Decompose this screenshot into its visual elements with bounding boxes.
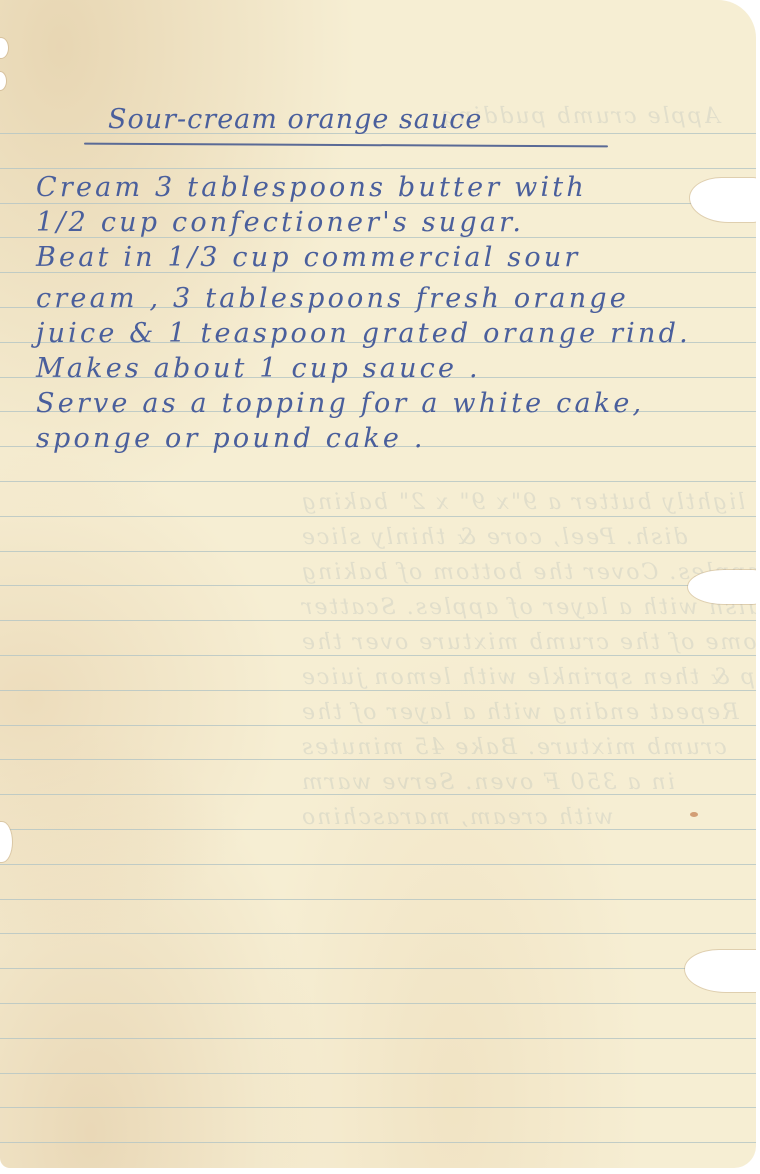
- bleed-through-text: crumb mixture. Bake 45 minutes: [300, 735, 727, 760]
- ruled-line: [0, 620, 756, 621]
- ruled-line: [0, 1003, 756, 1004]
- ruled-line: [0, 1038, 756, 1039]
- ruled-line: [0, 1107, 756, 1108]
- recipe-line: Makes about 1 cup sauce .: [36, 353, 481, 384]
- ruled-line: [0, 551, 756, 552]
- bleed-through-text: some of the crumb mixture over the: [300, 630, 756, 655]
- ruled-line: [0, 168, 756, 169]
- recipe-line: Serve as a topping for a white cake,: [36, 388, 644, 419]
- bleed-through-text: Repeat ending with a layer of the: [300, 700, 739, 725]
- ruled-line: [0, 968, 756, 969]
- bleed-through-text: in a 350 F oven. Serve warm: [300, 770, 675, 795]
- notebook-page: Apple crumb pudding lightly butter a 9"x…: [0, 0, 756, 1168]
- recipe-line: juice & 1 teaspoon grated orange rind.: [36, 318, 691, 349]
- ruled-line: [0, 899, 756, 900]
- recipe-line: 1/2 cup confectioner's sugar.: [36, 207, 524, 238]
- recipe-line: Beat in 1/3 cup commercial sour: [36, 242, 581, 273]
- ruled-line: [0, 690, 756, 691]
- ruled-line: [0, 203, 756, 204]
- ruled-line: [0, 516, 756, 517]
- ruled-line: [0, 1073, 756, 1074]
- recipe-line: sponge or pound cake .: [36, 423, 426, 454]
- bleed-through-text: top & then sprinkle with lemon juice: [300, 665, 756, 690]
- torn-hole: [688, 570, 756, 604]
- bleed-through-text: dish with a layer of apples. Scatter: [300, 595, 756, 620]
- bleed-through-text: tart apples. Cover the bottom of baking: [300, 560, 756, 585]
- bleed-through-text: lightly butter a 9"x 9" x 2" baking: [300, 490, 745, 515]
- ruled-line: [0, 1142, 756, 1143]
- ruled-line: [0, 481, 756, 482]
- recipe-title: Sour-cream orange sauce: [108, 104, 482, 135]
- bleed-through-text: dish. Peel, core & thinly slice: [300, 525, 688, 550]
- ruled-line: [0, 864, 756, 865]
- ruled-line: [0, 585, 756, 586]
- recipe-line: Cream 3 tablespoons butter with: [36, 172, 587, 203]
- bleed-through-text: with cream, maraschino: [300, 805, 614, 830]
- ruled-line: [0, 933, 756, 934]
- ruled-line: [0, 725, 756, 726]
- paper-stain: [690, 812, 698, 817]
- ruled-line: [0, 655, 756, 656]
- recipe-line: cream , 3 tablespoons fresh orange: [36, 283, 629, 314]
